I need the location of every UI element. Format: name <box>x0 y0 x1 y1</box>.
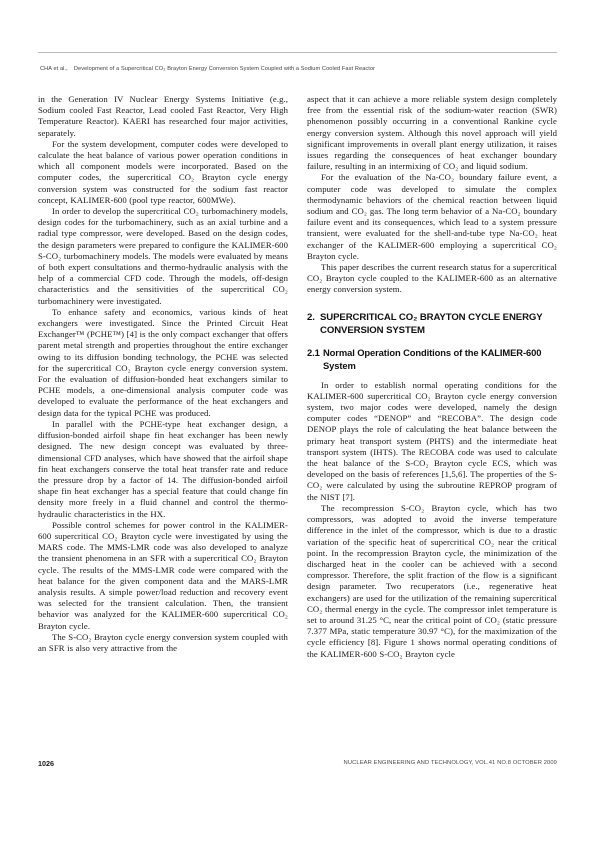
subsection-number: 2.1 <box>307 346 323 359</box>
paragraph: The S-CO₂ Brayton cycle energy conversio… <box>38 632 288 654</box>
section-title: SUPERCRITICAL CO₂ BRAYTON CYCLE ENERGY C… <box>320 312 542 336</box>
right-column: aspect that it can achieve a more reliab… <box>307 94 557 660</box>
paragraph: The recompression S-CO₂ Brayton cycle, w… <box>307 503 557 660</box>
section-number: 2. <box>307 311 320 324</box>
header-rule <box>38 52 557 53</box>
running-head-authors: CHA et al., <box>40 66 68 72</box>
paragraph: For the evaluation of the Na-CO₂ boundar… <box>307 172 557 262</box>
left-column: in the Generation IV Nuclear Energy Syst… <box>38 94 288 660</box>
paragraph: This paper describes the current researc… <box>307 262 557 296</box>
page-number: 1026 <box>38 759 54 768</box>
section-heading: 2.SUPERCRITICAL CO₂ BRAYTON CYCLE ENERGY… <box>307 311 557 337</box>
paper-page: CHA et al.,Development of a Supercritica… <box>0 0 595 842</box>
paragraph: in the Generation IV Nuclear Energy Syst… <box>38 94 288 139</box>
paragraph: In order to establish normal operating c… <box>307 380 557 503</box>
paragraph: In parallel with the PCHE-type heat exch… <box>38 419 288 520</box>
paragraph: In order to develop the supercritical CO… <box>38 206 288 307</box>
text-columns: in the Generation IV Nuclear Energy Syst… <box>38 94 557 660</box>
paragraph: aspect that it can achieve a more reliab… <box>307 94 557 172</box>
paragraph: Possible control schemes for power contr… <box>38 520 288 632</box>
running-head-title: Development of a Supercritical CO₂ Brayt… <box>74 66 375 72</box>
subsection-heading: 2.1Normal Operation Conditions of the KA… <box>307 346 557 372</box>
paragraph: For the system development, computer cod… <box>38 139 288 206</box>
journal-line: NUCLEAR ENGINEERING AND TECHNOLOGY, VOL.… <box>344 760 557 766</box>
paragraph: To enhance safety and economics, various… <box>38 307 288 419</box>
subsection-title: Normal Operation Conditions of the KALIM… <box>323 347 541 371</box>
running-head: CHA et al.,Development of a Supercritica… <box>40 66 557 72</box>
